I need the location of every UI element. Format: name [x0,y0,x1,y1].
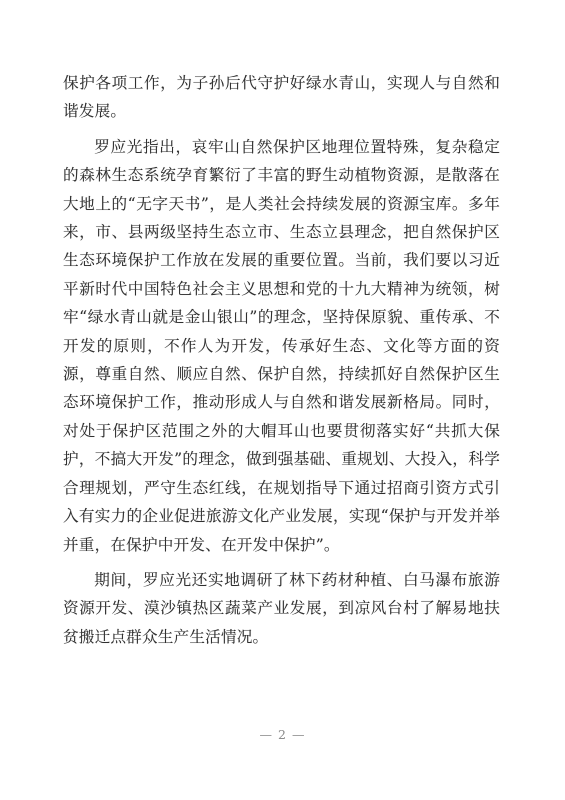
page-number: — 2 — [0,727,565,743]
document-page: 保护各项工作，为子孙后代守护好绿水青山，实现人与自然和谐发展。 罗应光指出，哀牢… [0,0,565,800]
paragraph-closing: 期间，罗应光还实地调研了林下药材种植、白马瀑布旅游资源开发、漠沙镇热区蔬菜产业发… [63,566,500,651]
paragraph-continuation: 保护各项工作，为子孙后代守护好绿水青山，实现人与自然和谐发展。 [63,69,500,126]
document-body: 保护各项工作，为子孙后代守护好绿水青山，实现人与自然和谐发展。 罗应光指出，哀牢… [63,69,500,651]
paragraph-main: 罗应光指出，哀牢山自然保护区地理位置特殊，复杂稳定的森林生态系统孕育繁衍了丰富的… [63,133,500,559]
